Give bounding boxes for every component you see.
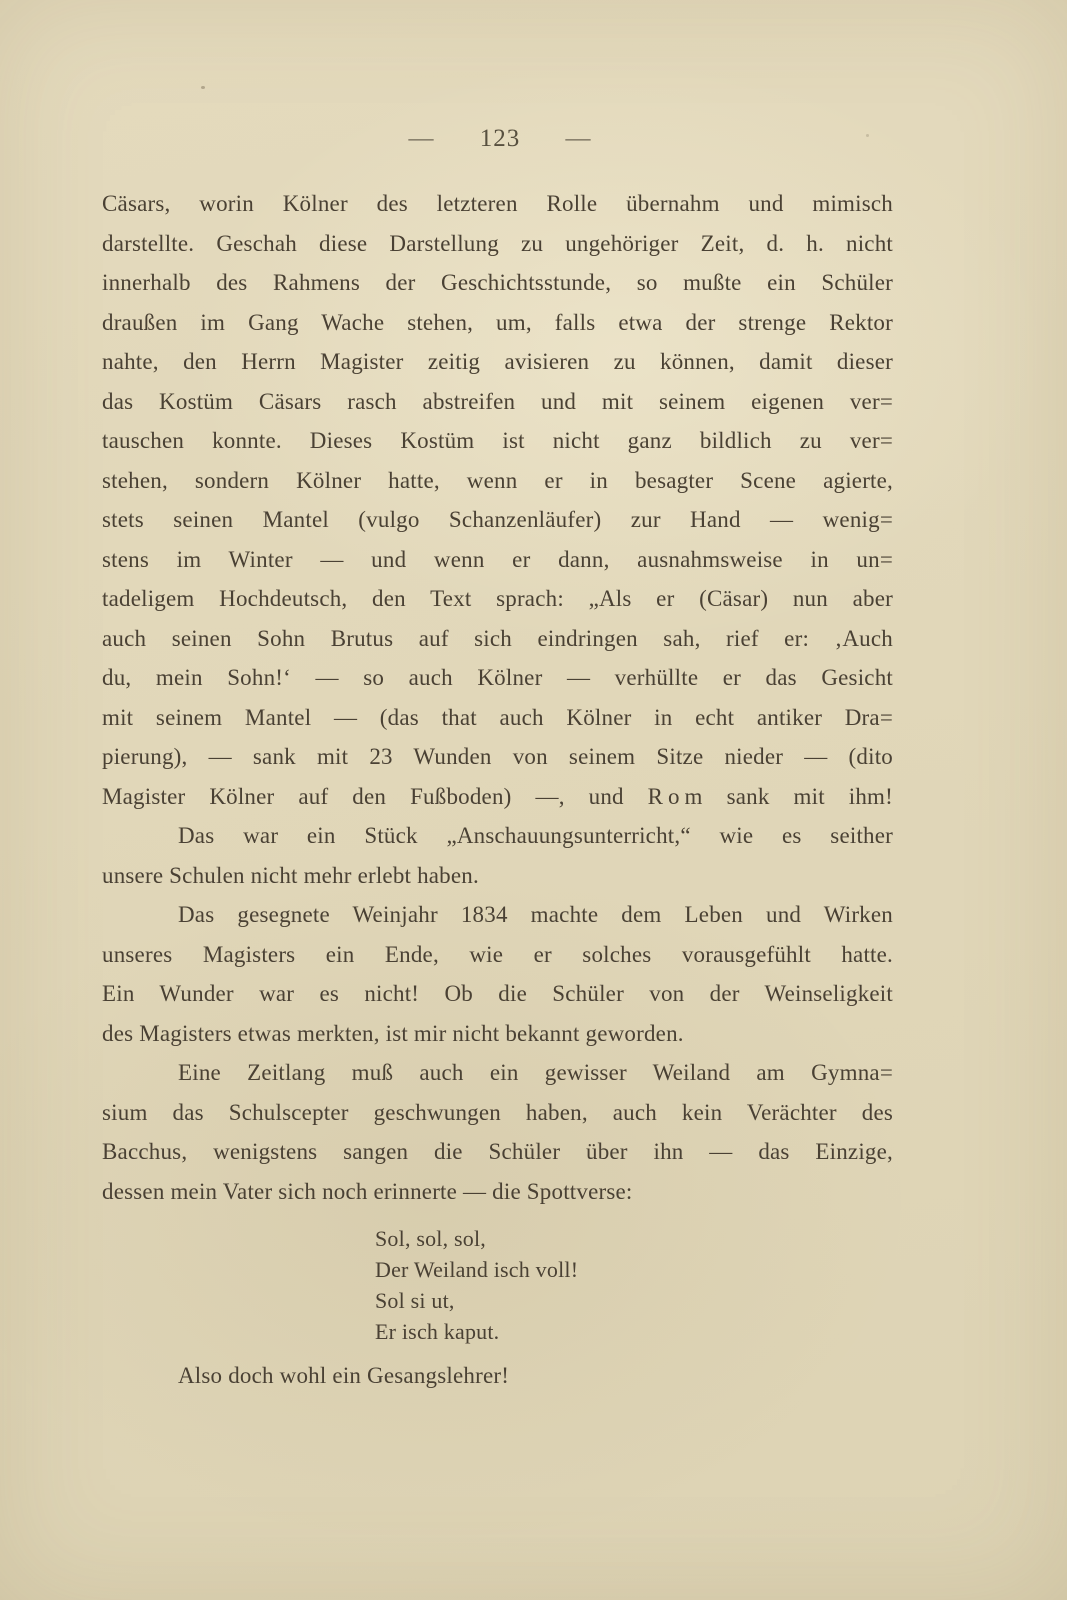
text-line: auch seinen Sohn Brutus auf sich eindrin… — [102, 619, 893, 659]
text-line: des Magisters etwas merkten, ist mir nic… — [102, 1014, 893, 1054]
text-line: tadeligem Hochdeutsch, den Text sprach: … — [102, 579, 893, 619]
verse-line: Sol, sol, sol, — [375, 1223, 893, 1254]
text-line: darstellte. Geschah diese Darstellung zu… — [102, 224, 893, 264]
verse-line: Sol si ut, — [375, 1285, 893, 1316]
text-line: unseres Magisters ein Ende, wie er solch… — [102, 935, 893, 975]
text-line: draußen im Gang Wache stehen, um, falls … — [102, 303, 893, 343]
text-line: Bacchus, wenigstens sangen die Schüler ü… — [102, 1132, 893, 1172]
text-line: nahte, den Herrn Magister zeitig avisier… — [102, 342, 893, 382]
text-line: stens im Winter — und wenn er dann, ausn… — [102, 540, 893, 580]
paragraph: Das war ein Stück „Anschauungsunterricht… — [102, 816, 893, 895]
header-dash-right: — — [566, 125, 592, 152]
paragraph: Cäsars, worin Kölner des letzteren Rolle… — [102, 184, 893, 816]
paragraph: Also doch wohl ein Gesangslehrer! — [102, 1356, 893, 1396]
text-line: Eine Zeitlang muß auch ein gewisser Weil… — [102, 1053, 893, 1093]
text-line: tauschen konnte. Dieses Kostüm ist nicht… — [102, 421, 893, 461]
text-line: sium das Schulscepter geschwungen haben,… — [102, 1093, 893, 1133]
text-line: Magister Kölner auf den Fußboden) —, und… — [102, 777, 893, 817]
paper-speck — [201, 86, 205, 89]
text-line: dessen mein Vater sich noch erinnerte — … — [102, 1172, 893, 1212]
text-line: du, mein Sohn!‘ — so auch Kölner — verhü… — [102, 658, 893, 698]
verse-block: Sol, sol, sol,Der Weiland isch voll!Sol … — [102, 1223, 893, 1347]
text-line: pierung), — sank mit 23 Wunden von seine… — [102, 737, 893, 777]
text-line: das Kostüm Cäsars rasch abstreifen und m… — [102, 382, 893, 422]
text-line: unsere Schulen nicht mehr erlebt haben. — [102, 856, 893, 896]
page-number: 123 — [480, 125, 521, 152]
paragraph: Eine Zeitlang muß auch ein gewisser Weil… — [102, 1053, 893, 1211]
text-line: innerhalb des Rahmens der Geschichtsstun… — [102, 263, 893, 303]
text-line: mit seinem Mantel — (das that auch Kölne… — [102, 698, 893, 738]
header-dash-left: — — [409, 125, 435, 152]
page-header: — 123 — — [0, 120, 1000, 158]
text-line: Das gesegnete Weinjahr 1834 machte dem L… — [102, 895, 893, 935]
verse-line: Der Weiland isch voll! — [375, 1254, 893, 1285]
text-block: Cäsars, worin Kölner des letzteren Rolle… — [102, 184, 893, 1396]
book-page: — 123 — Cäsars, worin Kölner des letzter… — [0, 0, 1067, 1600]
paragraph: Das gesegnete Weinjahr 1834 machte dem L… — [102, 895, 893, 1053]
text-line: stets seinen Mantel (vulgo Schanzenläufe… — [102, 500, 893, 540]
text-line: Ein Wunder war es nicht! Ob die Schüler … — [102, 974, 893, 1014]
text-line: Cäsars, worin Kölner des letzteren Rolle… — [102, 184, 893, 224]
verse-line: Er isch kaput. — [375, 1316, 893, 1347]
text-line: Das war ein Stück „Anschauungsunterricht… — [102, 816, 893, 856]
text-line: stehen, sondern Kölner hatte, wenn er in… — [102, 461, 893, 501]
text-line: Also doch wohl ein Gesangslehrer! — [102, 1356, 893, 1396]
